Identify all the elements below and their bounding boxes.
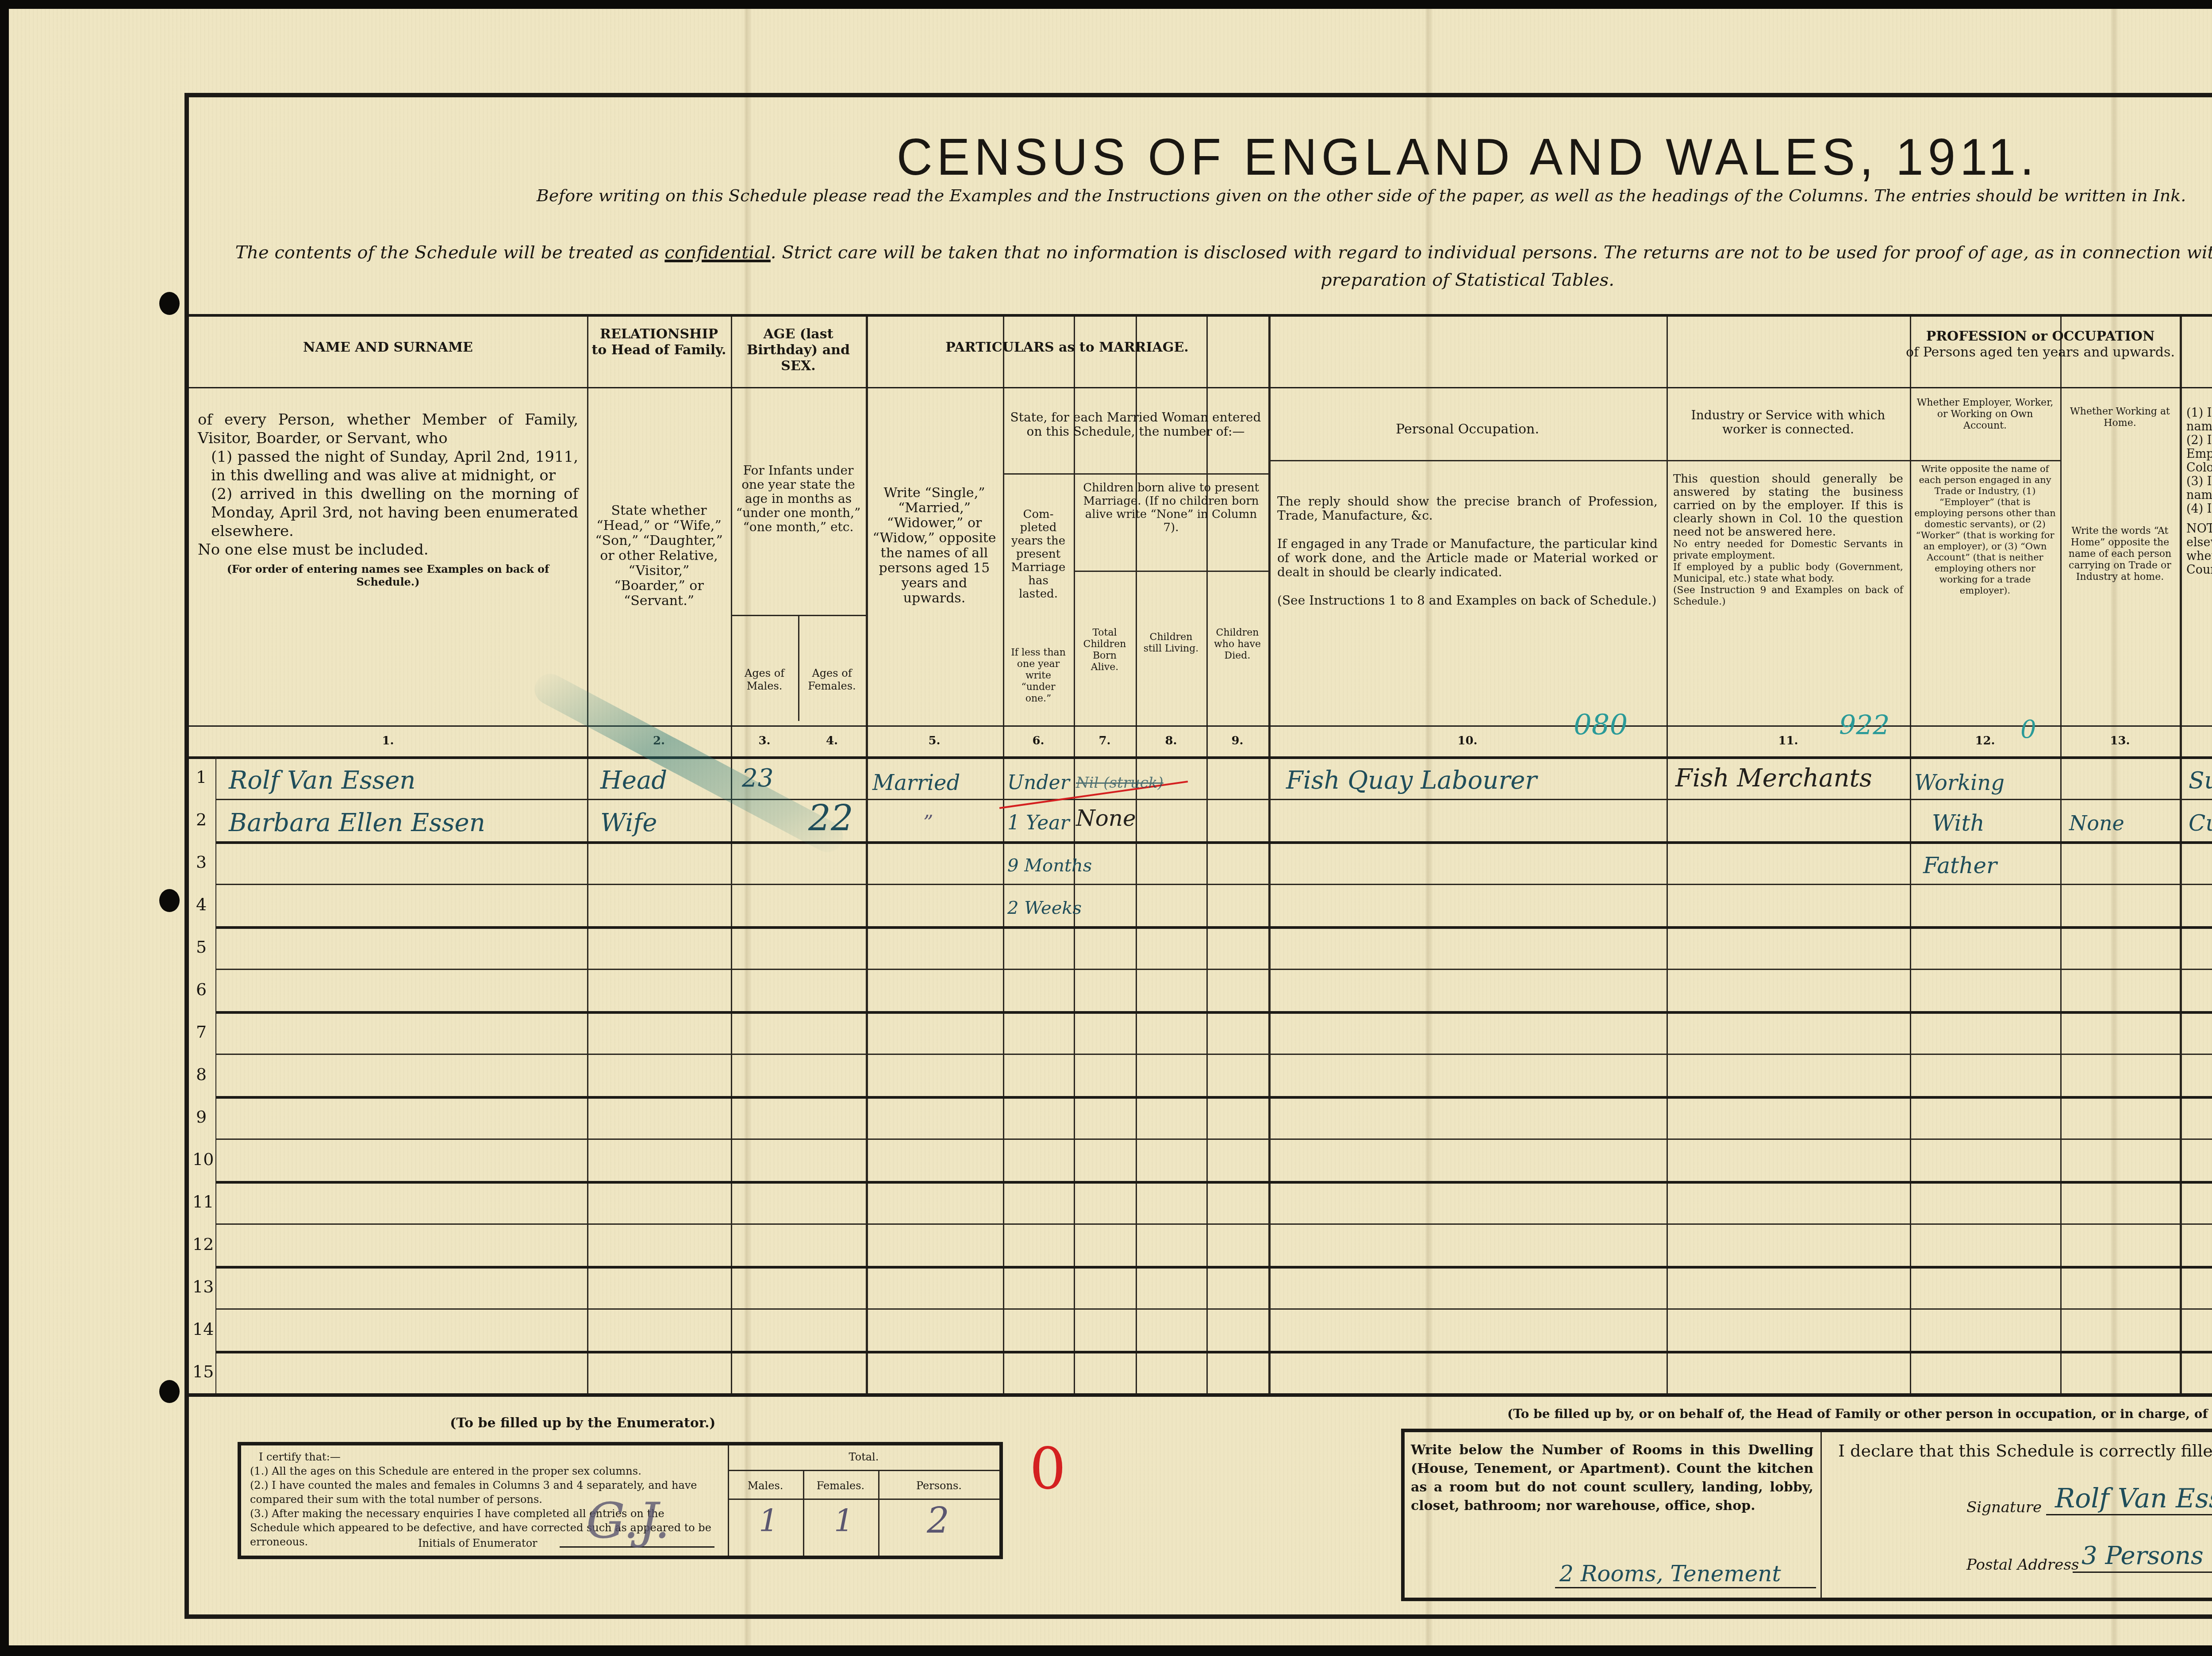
column-divider	[1667, 314, 1668, 1393]
employer-status-label: Whether Employer, Worker, or Working on …	[1910, 394, 2060, 435]
confidential-prefix: The contents of the Schedule will be tre…	[235, 242, 665, 263]
birthplace-text-2: (2) If born in any other part of the Bri…	[2186, 433, 2212, 475]
postal-address-label: Postal Address	[1966, 1556, 2079, 1574]
ink-smear	[529, 668, 849, 858]
birthplace-heading-text: BIRTHPLACE	[2184, 326, 2212, 342]
heading-age: AGE (last Birthday) and SEX.	[731, 323, 866, 378]
total-males[interactable]: 1	[759, 1507, 779, 1534]
initials-label: Initials of Enumerator	[418, 1536, 538, 1550]
enumerator-caption: (To be filled up by the Enumerator.)	[450, 1415, 716, 1431]
row1-occupation[interactable]: Fish Quay Labourer	[1286, 767, 1537, 794]
industry-text-3: If employed by a public body (Government…	[1673, 562, 1903, 585]
column-number: 7.	[1074, 734, 1136, 747]
working-at-home-label: Whether Working at Home.	[2060, 402, 2180, 433]
census-schedule-page: CENSUS OF ENGLAND AND WALES, 1911. Befor…	[9, 9, 2212, 1645]
ages-of-females-label: Ages of Females.	[798, 663, 866, 696]
postal-address-field[interactable]: 3 Persons Terrace Back Entrance	[2081, 1543, 2212, 1569]
heading-rule	[189, 387, 2212, 388]
heading-name: NAME AND SURNAME	[189, 336, 587, 359]
persons-label: Persons.	[878, 1479, 1000, 1493]
householder-divider	[1820, 1432, 1822, 1598]
completed-years-label: Com- pleted years the present Marriage h…	[1003, 504, 1074, 604]
children-born-alive-label: Children born alive to present Marriage.…	[1074, 478, 1268, 538]
working-at-home-instructions: Write the words “At Home” opposite the n…	[2060, 522, 2180, 586]
punch-hole	[159, 1380, 180, 1403]
totals-rule	[728, 1470, 1000, 1471]
householder-declaration-box: Write below the Number of Rooms in this …	[1401, 1429, 2212, 1601]
row-rule	[215, 926, 2212, 929]
row1-name[interactable]: Rolf Van Essen	[229, 767, 415, 794]
row1-years-married[interactable]: Under	[1007, 770, 1070, 796]
name-instructions: of every Person, whether Member of Famil…	[193, 407, 583, 592]
row2-birthplace[interactable]: Cullercoats	[2189, 810, 2212, 836]
row2-age-female[interactable]: 22	[808, 805, 853, 832]
row-rule	[215, 1096, 2212, 1099]
table-top-rule	[189, 314, 2212, 317]
marital-status-instructions: Write “Single,” “Married,” “Widower,” or…	[866, 482, 1003, 609]
row1-industry[interactable]: Fish Merchants	[1675, 765, 1872, 792]
row-rule	[215, 1266, 2212, 1269]
personal-occ-text-2: If engaged in any Trade or Manufacture, …	[1277, 537, 1658, 579]
row1-marital[interactable]: Married	[872, 770, 960, 796]
row-rule	[215, 1223, 2212, 1225]
ages-of-males-label: Ages of Males.	[731, 663, 798, 696]
rooms-instructions: Write below the Number of Rooms in this …	[1411, 1441, 1813, 1515]
occupation-heading-text: PROFESSION or OCCUPATION	[1490, 329, 2212, 345]
row-number: 10	[192, 1150, 210, 1169]
row1-age-male[interactable]: 23	[742, 765, 773, 792]
column-number: 8.	[1136, 734, 1206, 747]
occupation-subheading: of Persons aged ten years and upwards.	[1490, 345, 2212, 360]
row-number: 14	[192, 1319, 210, 1339]
row-number: 4	[192, 895, 210, 914]
industry-text-4: (See Instruction 9 and Examples on back …	[1673, 585, 1903, 608]
enumerator-certificate-box: I certify that:— (1.) All the ages on th…	[238, 1442, 1003, 1559]
coding-mark-col11: 922	[1839, 712, 1890, 739]
personal-occupation-label: Personal Occupation.	[1268, 418, 1667, 441]
name-instr-3: (2) arrived in this dwelling on the morn…	[198, 485, 578, 540]
row-rule	[215, 1181, 2212, 1184]
column-divider	[1136, 314, 1137, 1393]
document-subtitle: Before writing on this Schedule please r…	[189, 186, 2212, 205]
age-instructions: For Infants under one year state the age…	[731, 460, 866, 538]
birthplace-instructions: (1) If born in the United Kingdom, write…	[2182, 402, 2212, 580]
column-number: 13.	[2060, 734, 2180, 747]
name-instr-2: (1) passed the night of Sunday, April 2n…	[198, 448, 578, 485]
relationship-instructions: State whether “Head,” or “Wife,” “Son,” …	[587, 500, 731, 612]
row1-relationship[interactable]: Head	[600, 767, 667, 794]
birthplace-subheading: of every person.	[2184, 342, 2212, 358]
row-rule	[215, 799, 2212, 800]
row-number-divider	[215, 756, 216, 1393]
row-number: 8	[192, 1065, 210, 1084]
row3-years-married-cont[interactable]: 9 Months	[1007, 852, 1092, 879]
row2-at-home[interactable]: None	[2069, 810, 2124, 836]
column-number: 4.	[798, 734, 866, 747]
row4-years-married-cont[interactable]: 2 Weeks	[1007, 895, 1082, 921]
row-number: 13	[192, 1277, 210, 1296]
punch-hole	[159, 889, 180, 912]
totals-rule	[728, 1499, 1000, 1500]
children-sub-rule	[1074, 571, 1268, 572]
column-number: 12.	[1910, 734, 2060, 747]
row-number: 2	[192, 810, 210, 829]
column-number: 3.	[731, 734, 798, 747]
name-instr-1: of every Person, whether Member of Famil…	[198, 410, 578, 448]
row-rule	[215, 884, 2212, 885]
column-divider	[1206, 314, 1208, 1393]
row2-total-born[interactable]: None	[1076, 805, 1136, 832]
row-number: 5	[192, 937, 210, 957]
row1-total-born[interactable]: Nil (struck)	[1076, 770, 1164, 796]
declaration-text: I declare that this Schedule is correctl…	[1838, 1441, 2212, 1460]
name-instr-5: (For order of entering names see Example…	[198, 563, 578, 588]
heading-relationship: RELATIONSHIP to Head of Family.	[587, 323, 731, 362]
certify-heading: I certify that:—	[250, 1450, 714, 1464]
confidentiality-notice: The contents of the Schedule will be tre…	[202, 239, 2212, 294]
completed-years-note: If less than one year write “under one.”	[1003, 644, 1074, 708]
birthplace-text-1: (1) If born in the United Kingdom, write…	[2186, 406, 2212, 433]
marriage-sub-rule	[1003, 473, 1268, 475]
heading-occupation: PROFESSION or OCCUPATION of Persons aged…	[1268, 325, 2212, 364]
row-rule	[215, 1351, 2212, 1353]
rooms-value[interactable]: 2 Rooms, Tenement	[1559, 1560, 1781, 1587]
table-bottom-rule	[189, 1393, 2212, 1397]
row2-marital[interactable]: ”	[923, 810, 933, 836]
married-woman-instructions: State, for each Married Woman entered on…	[1003, 407, 1268, 442]
row-number: 15	[192, 1362, 210, 1381]
row-number: 7	[192, 1022, 210, 1042]
row-rule	[215, 1138, 2212, 1140]
column-number: 5.	[866, 734, 1003, 747]
confidential-word: confidential	[664, 242, 770, 263]
row-number: 6	[192, 980, 210, 999]
rooms-line	[1555, 1587, 1816, 1588]
coding-mark-col10: 080	[1574, 712, 1628, 739]
females-label: Females.	[803, 1479, 878, 1493]
row-rule	[215, 969, 2212, 970]
document-title: CENSUS OF ENGLAND AND WALES, 1911.	[189, 127, 2212, 187]
personal-occ-text-1: The reply should show the precise branch…	[1277, 494, 1658, 523]
name-instr-4: No one else must be included.	[198, 540, 578, 559]
row-rule	[215, 1054, 2212, 1055]
total-persons[interactable]: 2	[927, 1507, 949, 1534]
column-divider	[1003, 314, 1004, 1393]
red-check-mark: 0	[1029, 1455, 1066, 1482]
signature-line	[2046, 1514, 2212, 1515]
heading-marriage: PARTICULARS as to MARRIAGE.	[866, 336, 1268, 359]
row-rule	[215, 1011, 2212, 1014]
confidential-suffix: . Strict care will be taken that no info…	[771, 242, 2212, 290]
row1-birthplace[interactable]: Sunderland	[2189, 767, 2212, 794]
column-divider	[2060, 314, 2062, 1393]
row2-relationship[interactable]: Wife	[600, 810, 657, 836]
column-number: 6.	[1003, 734, 1074, 747]
row3-employer-cont[interactable]: Father	[1923, 852, 1997, 879]
row2-years-married[interactable]: 1 Year	[1007, 810, 1070, 836]
schedule-frame: CENSUS OF ENGLAND AND WALES, 1911. Befor…	[184, 93, 2212, 1619]
row1-employer[interactable]: Working	[1914, 770, 2005, 796]
industry-text-1: This question should generally be answer…	[1673, 472, 1903, 539]
total-born-alive-label: Total Children Born Alive.	[1074, 624, 1136, 677]
row-rule	[215, 841, 2212, 844]
heading-birthplace: BIRTHPLACE of every person.	[2180, 323, 2212, 362]
column-divider	[587, 314, 588, 1393]
signature-label: Signature	[1966, 1499, 2042, 1516]
still-living-label: Children still Living.	[1136, 628, 1206, 658]
row-rule	[215, 1308, 2212, 1310]
row-number: 3	[192, 852, 210, 872]
personal-occ-text-3: (See Instructions 1 to 8 and Examples on…	[1277, 594, 1658, 608]
industry-instructions: This question should generally be answer…	[1669, 469, 1908, 611]
column-number: 1.	[189, 734, 587, 747]
census-table: NAME AND SURNAME RELATIONSHIP to Head of…	[189, 314, 2212, 1393]
row2-name[interactable]: Barbara Ellen Essen	[229, 810, 485, 836]
householder-caption: (To be filled up by, or on behalf of, th…	[1507, 1407, 2212, 1421]
birthplace-text-4: (4) If born at sea, write “At Sea.”	[2186, 502, 2212, 516]
industry-text-2: No entry needed for Domestic Servants in…	[1673, 539, 1903, 562]
employer-status-instructions: Write opposite the name of each person e…	[1910, 460, 2060, 600]
birthplace-text-3: (3) If born in a Foreign Country, write …	[2186, 475, 2212, 502]
postal-address-line	[2073, 1572, 2212, 1573]
certify-item-1: (1.) All the ages on this Schedule are e…	[250, 1464, 714, 1478]
column-number-rule	[189, 725, 2212, 727]
enumerator-initials[interactable]: G.J.	[586, 1507, 670, 1534]
industry-label: Industry or Service with which worker is…	[1667, 405, 1910, 440]
have-died-label: Children who have Died.	[1206, 624, 1268, 665]
row2-employer[interactable]: With	[1932, 810, 1985, 836]
row-number: 1	[192, 767, 210, 787]
coding-mark-col12: 0	[2020, 717, 2036, 743]
signature-field[interactable]: Rolf Van Essen	[2055, 1485, 2212, 1512]
punch-hole	[159, 292, 180, 315]
total-label: Total.	[728, 1450, 1000, 1464]
row-number: 11	[192, 1192, 210, 1211]
birthplace-note: NOTE.—In the case of persons born elsewh…	[2186, 522, 2212, 577]
row-number: 12	[192, 1234, 210, 1254]
males-label: Males.	[728, 1479, 803, 1493]
column-divider	[866, 314, 868, 1393]
personal-occupation-instructions: The reply should show the precise branch…	[1273, 491, 1662, 611]
total-females[interactable]: 1	[834, 1507, 854, 1534]
column-number: 9.	[1206, 734, 1268, 747]
column-divider	[1268, 314, 1271, 1393]
data-top-rule	[189, 756, 2212, 759]
row-number: 9	[192, 1107, 210, 1127]
column-number: 14.	[2180, 734, 2212, 747]
